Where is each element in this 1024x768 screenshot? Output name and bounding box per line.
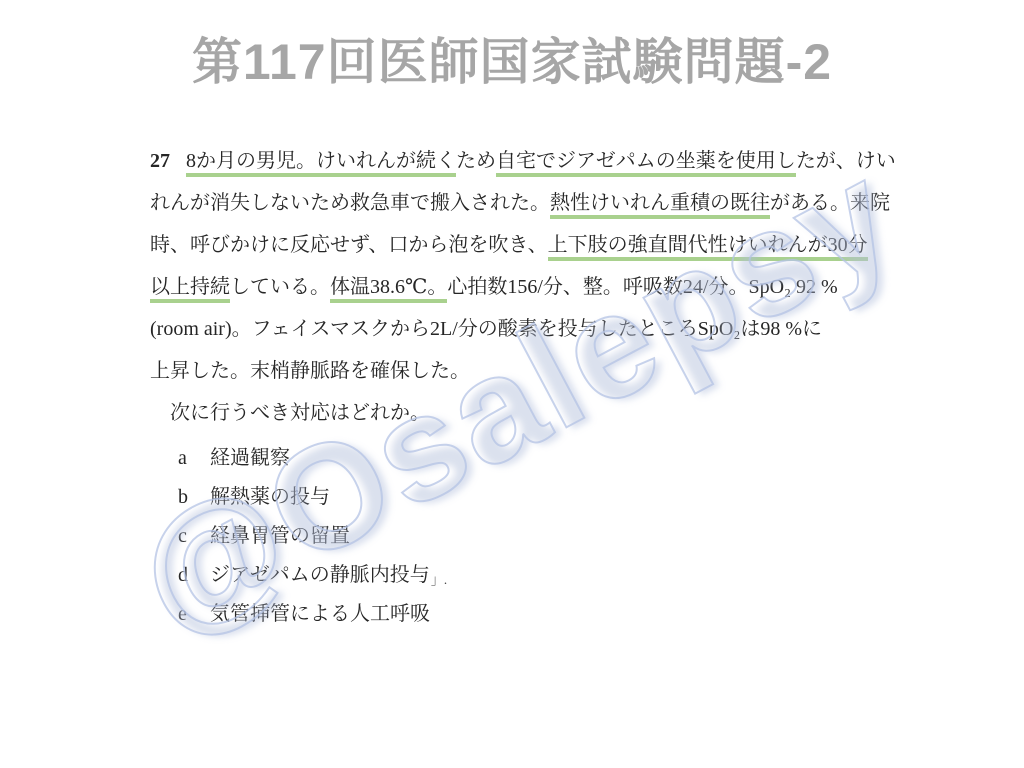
option-label: 解熱薬の投与 bbox=[210, 478, 330, 517]
underlined-text: けいれんが続く bbox=[316, 150, 456, 177]
underlined-text: 8か月の男児。 bbox=[186, 150, 316, 177]
text-segment: 上昇した。末梢静脈路を確保した。 bbox=[150, 360, 470, 382]
option-label: 経鼻胃管の留置 bbox=[210, 517, 350, 556]
text-segment: している。 bbox=[230, 276, 330, 298]
text-segment: がある。来院 bbox=[770, 192, 890, 214]
question-text: 278か月の男児。けいれんが続くため自宅でジアゼパムの坐薬を使用したが、けいれん… bbox=[150, 140, 910, 392]
underlined-text: 熱性けいれん重積の既往 bbox=[550, 192, 770, 219]
option-label: ジアゼパムの静脈内投与 bbox=[210, 556, 430, 595]
option-letter: a bbox=[178, 439, 210, 478]
option-letter: e bbox=[178, 595, 210, 634]
text-segment: たが、けい bbox=[796, 150, 896, 172]
answer-option-b: b解熱薬の投与 bbox=[150, 478, 910, 517]
question-line: (room air)。フェイスマスクから2L/分の酸素を投与したところSpO₂は… bbox=[150, 308, 910, 350]
text-segment: 時、呼びかけに反応せず、口から泡を吹き、 bbox=[150, 234, 548, 256]
slide: 第117回医師国家試験問題-2 @Osalepsy 278か月の男児。けいれんが… bbox=[0, 0, 1024, 768]
question-line: 278か月の男児。けいれんが続くため自宅でジアゼパムの坐薬を使用したが、けい bbox=[150, 140, 910, 182]
underlined-text: 体温38.6℃。 bbox=[330, 276, 447, 303]
question-number: 27 bbox=[150, 150, 170, 172]
text-segment: ため bbox=[456, 150, 496, 172]
question-line: 上昇した。末梢静脈路を確保した。 bbox=[150, 350, 910, 392]
stray-bracket-artifact: 」. bbox=[431, 565, 447, 595]
underlined-text: 以上持続 bbox=[150, 276, 230, 303]
answer-option-d: dジアゼパムの静脈内投与」. bbox=[150, 556, 910, 595]
page-title: 第117回医師国家試験問題-2 bbox=[0, 22, 1024, 94]
option-label: 気管挿管による人工呼吸 bbox=[210, 595, 430, 634]
option-letter: b bbox=[178, 478, 210, 517]
options-list: a経過観察b解熱薬の投与c経鼻胃管の留置dジアゼパムの静脈内投与」.e気管挿管に… bbox=[150, 439, 910, 634]
text-segment: (room air)。フェイスマスクから2L/分の酸素を投与したところSpO₂は… bbox=[150, 318, 822, 340]
underlined-text: 上下肢の強直間代性けいれんが30分 bbox=[548, 234, 868, 261]
answer-option-e: e気管挿管による人工呼吸 bbox=[150, 595, 910, 634]
answer-option-c: c経鼻胃管の留置 bbox=[150, 517, 910, 556]
question-line: 時、呼びかけに反応せず、口から泡を吹き、上下肢の強直間代性けいれんが30分 bbox=[150, 224, 910, 266]
option-label: 経過観察 bbox=[210, 439, 290, 478]
option-letter: c bbox=[178, 517, 210, 556]
option-letter: d bbox=[178, 556, 210, 595]
text-segment: 心拍数156/分、整。呼吸数24/分。SpO₂ 92 % bbox=[447, 276, 837, 298]
question-line: れんが消失しないため救急車で搬入された。熱性けいれん重積の既往がある。来院 bbox=[150, 182, 910, 224]
underlined-text: 自宅でジアゼパムの坐薬を使用し bbox=[496, 150, 796, 177]
question-block: 278か月の男児。けいれんが続くため自宅でジアゼパムの坐薬を使用したが、けいれん… bbox=[150, 140, 910, 634]
text-segment: れんが消失しないため救急車で搬入された。 bbox=[150, 192, 550, 214]
question-line: 以上持続している。体温38.6℃。心拍数156/分、整。呼吸数24/分。SpO₂… bbox=[150, 266, 910, 308]
answer-option-a: a経過観察 bbox=[150, 439, 910, 478]
question-prompt: 次に行うべき対応はどれか。 bbox=[170, 392, 910, 434]
